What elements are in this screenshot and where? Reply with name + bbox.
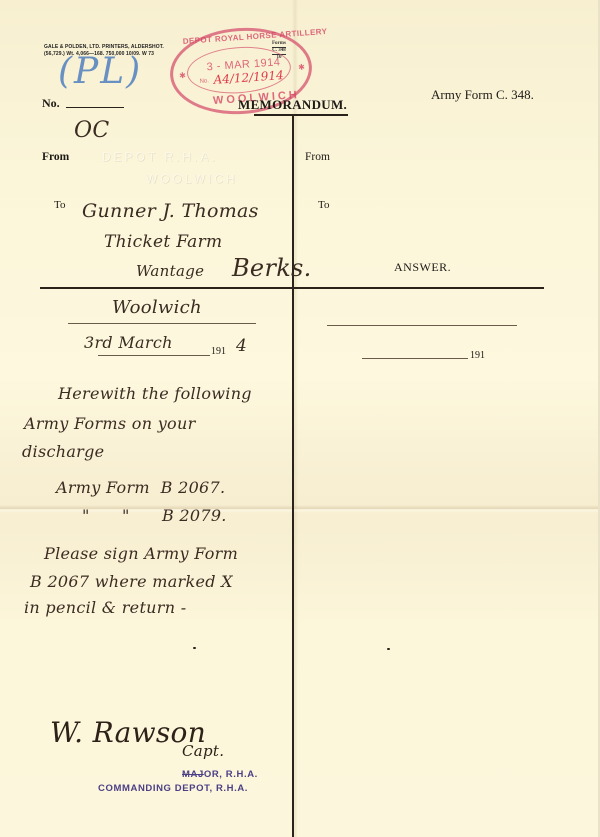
answer-place-line [327,325,517,326]
to-label: To [54,199,65,211]
date-written: 3rd March [84,333,173,352]
reference-initials: (PL) [58,52,142,92]
printer-line-1: GALE & POLDEN, LTD. PRINTERS, ALDERSHOT. [44,44,164,51]
body-line: Herewith the following [58,384,252,403]
stamp-no-label: No. [199,78,209,85]
instruction-line: B 2067 where marked X [30,572,233,591]
section-divider [40,287,544,289]
rank-struck-text: MAJ [182,769,204,780]
addressee-farm: Thicket Farm [104,232,222,252]
star-icon: ✱ [179,71,186,80]
column-divider [292,116,294,837]
place-written: Woolwich [112,297,202,318]
from-emboss-woolwich: WOOLWICH [146,172,238,186]
rank-handwritten: Capt. [182,742,224,760]
body-line: Army Forms on your [24,414,196,433]
answer-heading: ANSWER. [394,260,451,275]
year-suffix: 4 [236,336,247,356]
answer-date-line [362,358,468,359]
date-line [98,355,210,356]
star-icon: ✱ [298,63,305,72]
from-initials: OC [74,118,109,143]
answer-from-label: From [305,151,330,163]
instruction-line: Please sign Army Form [44,544,238,563]
rank-stamp-text: OR, R.H.A. [204,769,258,780]
ink-speck [387,648,390,650]
addressee-name: Gunner J. Thomas [82,200,259,222]
answer-to-label: To [318,199,329,211]
form-item: " " B 2079. [82,506,227,525]
body-line: discharge [22,442,104,461]
addressee-county: Berks. [232,254,312,282]
answer-year-prefix: 191 [470,350,485,361]
year-prefix: 191 [211,346,226,357]
ink-speck [193,647,196,649]
no-label: No. [42,96,60,111]
form-item: Army Form B 2067. [56,478,225,497]
place-line [68,323,256,324]
no-underline [66,107,124,108]
addressee-town: Wantage [136,262,204,280]
title-underline [254,114,348,116]
memorandum-document: GALE & POLDEN, LTD. PRINTERS, ALDERSHOT.… [0,0,600,837]
rank-stamp: MAJOR, R.H.A. [182,769,258,780]
stamp-top-text: DEPOT ROYAL HORSE ARTILLERY [182,27,327,46]
from-label: From [42,151,69,163]
form-number: Army Form C. 348. [431,87,534,103]
page-title: MEMORANDUM. [238,97,347,113]
instruction-line: in pencil & return - [24,598,186,617]
command-stamp: COMMANDING DEPOT, R.H.A. [98,783,248,794]
from-emboss-depot: DEPOT R.H.A. [102,150,218,164]
